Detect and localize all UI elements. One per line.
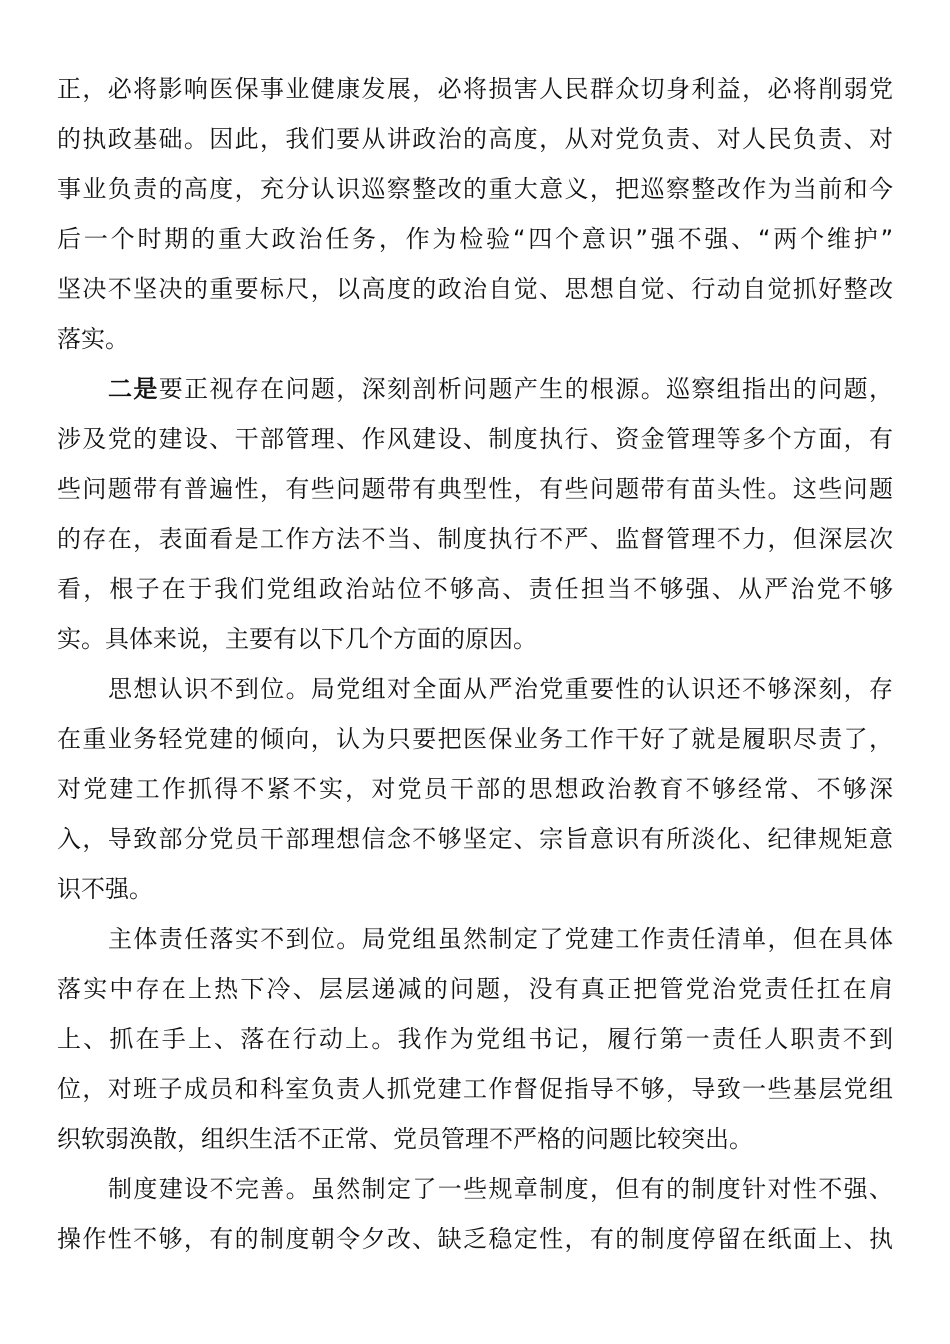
text-line: 事业负责的高度，充分认识巡察整改的重大意义，把巡察整改作为当前和今: [57, 164, 893, 214]
text-line: 位，对班子成员和科室负责人抓党建工作督促指导不够，导致一些基层党组: [57, 1064, 893, 1114]
text-line: 坚决不坚决的重要标尺，以高度的政治自觉、思想自觉、行动自觉抓好整改: [57, 264, 893, 314]
text-line: 实。具体来说，主要有以下几个方面的原因。: [57, 614, 893, 664]
text-line: 看，根子在于我们党组政治站位不够高、责任担当不够强、从严治党不够: [57, 564, 893, 614]
text-line: 入，导致部分党员干部理想信念不够坚定、宗旨意识有所淡化、纪律规矩意: [57, 814, 893, 864]
document-page: 正，必将影响医保事业健康发展，必将损害人民群众切身利益，必将削弱党 的执政基础。…: [57, 64, 893, 1264]
text-line-body: 要正视存在问题，深刻剖析问题产生的根源。巡察组指出的问题，: [159, 375, 893, 403]
text-line: 思想认识不到位。局党组对全面从严治党重要性的认识还不够深刻，存: [57, 664, 893, 714]
paragraph-main-responsibility: 主体责任落实不到位。局党组虽然制定了党建工作责任清单，但在具体 落实中存在上热下…: [57, 914, 893, 1164]
text-line: 识不强。: [57, 864, 893, 914]
text-line: 织软弱涣散，组织生活不正常、党员管理不严格的问题比较突出。: [57, 1114, 893, 1164]
text-line: 主体责任落实不到位。局党组虽然制定了党建工作责任清单，但在具体: [57, 914, 893, 964]
paragraph-ideological-awareness: 思想认识不到位。局党组对全面从严治党重要性的认识还不够深刻，存 在重业务轻党建的…: [57, 664, 893, 914]
paragraph-lead-bold: 二是: [108, 375, 159, 403]
text-line: 在重业务轻党建的倾向，认为只要把医保业务工作干好了就是履职尽责了，: [57, 714, 893, 764]
paragraph-face-problems: 二是要正视存在问题，深刻剖析问题产生的根源。巡察组指出的问题， 涉及党的建设、干…: [57, 364, 893, 664]
paragraph-significance: 正，必将影响医保事业健康发展，必将损害人民群众切身利益，必将削弱党 的执政基础。…: [57, 64, 893, 364]
text-line: 制度建设不完善。虽然制定了一些规章制度，但有的制度针对性不强、: [57, 1164, 893, 1214]
text-line: 正，必将影响医保事业健康发展，必将损害人民群众切身利益，必将削弱党: [57, 64, 893, 114]
text-line: 二是要正视存在问题，深刻剖析问题产生的根源。巡察组指出的问题，: [57, 364, 893, 414]
text-line: 后一个时期的重大政治任务，作为检验“四个意识”强不强、“两个维护”: [57, 214, 893, 264]
paragraph-system-construction: 制度建设不完善。虽然制定了一些规章制度，但有的制度针对性不强、 操作性不够，有的…: [57, 1164, 893, 1264]
text-line: 落实。: [57, 314, 893, 364]
text-line: 些问题带有普遍性，有些问题带有典型性，有些问题带有苗头性。这些问题: [57, 464, 893, 514]
text-line: 涉及党的建设、干部管理、作风建设、制度执行、资金管理等多个方面，有: [57, 414, 893, 464]
text-line: 对党建工作抓得不紧不实，对党员干部的思想政治教育不够经常、不够深: [57, 764, 893, 814]
text-line: 上、抓在手上、落在行动上。我作为党组书记，履行第一责任人职责不到: [57, 1014, 893, 1064]
text-line: 操作性不够，有的制度朝令夕改、缺乏稳定性，有的制度停留在纸面上、执: [57, 1214, 893, 1264]
text-line: 的存在，表面看是工作方法不当、制度执行不严、监督管理不力，但深层次: [57, 514, 893, 564]
text-line: 的执政基础。因此，我们要从讲政治的高度，从对党负责、对人民负责、对: [57, 114, 893, 164]
text-line: 落实中存在上热下冷、层层递减的问题，没有真正把管党治党责任扛在肩: [57, 964, 893, 1014]
